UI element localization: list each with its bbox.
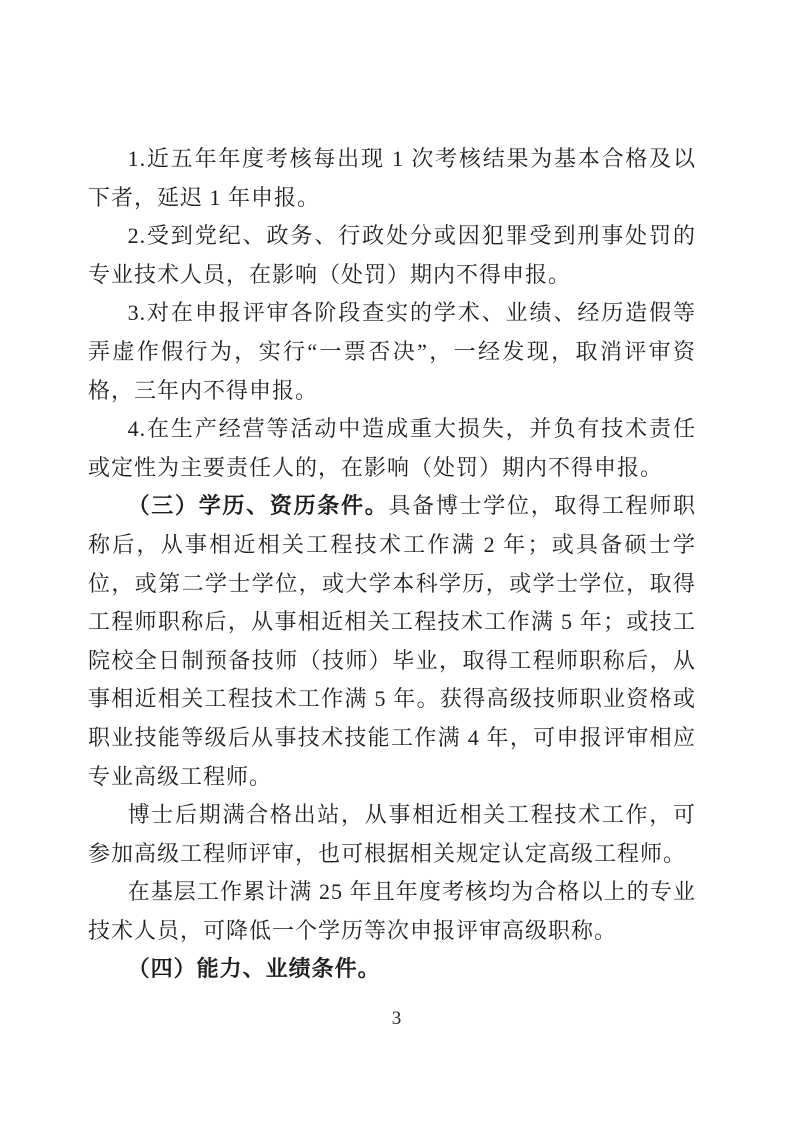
section-heading-four: （四）能力、业绩条件。 bbox=[128, 956, 381, 981]
clause-2-text: 2.受到党纪、政务、行政处分或因犯罪受到刑事处罚的专业技术人员，在影响（处罚）期… bbox=[88, 223, 696, 287]
grassroots-text: 在基层工作累计满 25 年且年度考核均为合格以上的专业技术人员，可降低一个学历等… bbox=[88, 879, 696, 943]
document-page: 1.近五年年度考核每出现 1 次考核结果为基本合格及以下者，延迟 1 年申报。 … bbox=[0, 0, 793, 1122]
paragraph-clause-1: 1.近五年年度考核每出现 1 次考核结果为基本合格及以下者，延迟 1 年申报。 bbox=[88, 140, 696, 217]
section-heading-three: （三）学历、资历条件。 bbox=[128, 493, 389, 518]
document-body: 1.近五年年度考核每出现 1 次考核结果为基本合格及以下者，延迟 1 年申报。 … bbox=[88, 140, 696, 989]
paragraph-section-three: （三）学历、资历条件。具备博士学位，取得工程师职称后，从事相近相关工程技术工作满… bbox=[88, 487, 696, 796]
paragraph-grassroots: 在基层工作累计满 25 年且年度考核均为合格以上的专业技术人员，可降低一个学历等… bbox=[88, 873, 696, 950]
paragraph-clause-4: 4.在生产经营等活动中造成重大损失，并负有技术责任或定性为主要责任人的，在影响（… bbox=[88, 410, 696, 487]
paragraph-clause-2: 2.受到党纪、政务、行政处分或因犯罪受到刑事处罚的专业技术人员，在影响（处罚）期… bbox=[88, 217, 696, 294]
page-number: 3 bbox=[0, 1008, 793, 1030]
paragraph-section-four: （四）能力、业绩条件。 bbox=[88, 950, 696, 989]
clause-1-text: 1.近五年年度考核每出现 1 次考核结果为基本合格及以下者，延迟 1 年申报。 bbox=[88, 146, 696, 210]
postdoc-text: 博士后期满合格出站，从事相近相关工程技术工作，可参加高级工程师评审，也可根据相关… bbox=[88, 802, 696, 866]
clause-3-text: 3.对在申报评审各阶段查实的学术、业绩、经历造假等弄虚作假行为，实行“一票否决”… bbox=[88, 300, 696, 402]
paragraph-clause-3: 3.对在申报评审各阶段查实的学术、业绩、经历造假等弄虚作假行为，实行“一票否决”… bbox=[88, 294, 696, 410]
section-three-text: 具备博士学位，取得工程师职称后，从事相近相关工程技术工作满 2 年；或具备硕士学… bbox=[88, 493, 696, 788]
clause-4-text: 4.在生产经营等活动中造成重大损失，并负有技术责任或定性为主要责任人的，在影响（… bbox=[88, 416, 696, 480]
paragraph-postdoc: 博士后期满合格出站，从事相近相关工程技术工作，可参加高级工程师评审，也可根据相关… bbox=[88, 796, 696, 873]
